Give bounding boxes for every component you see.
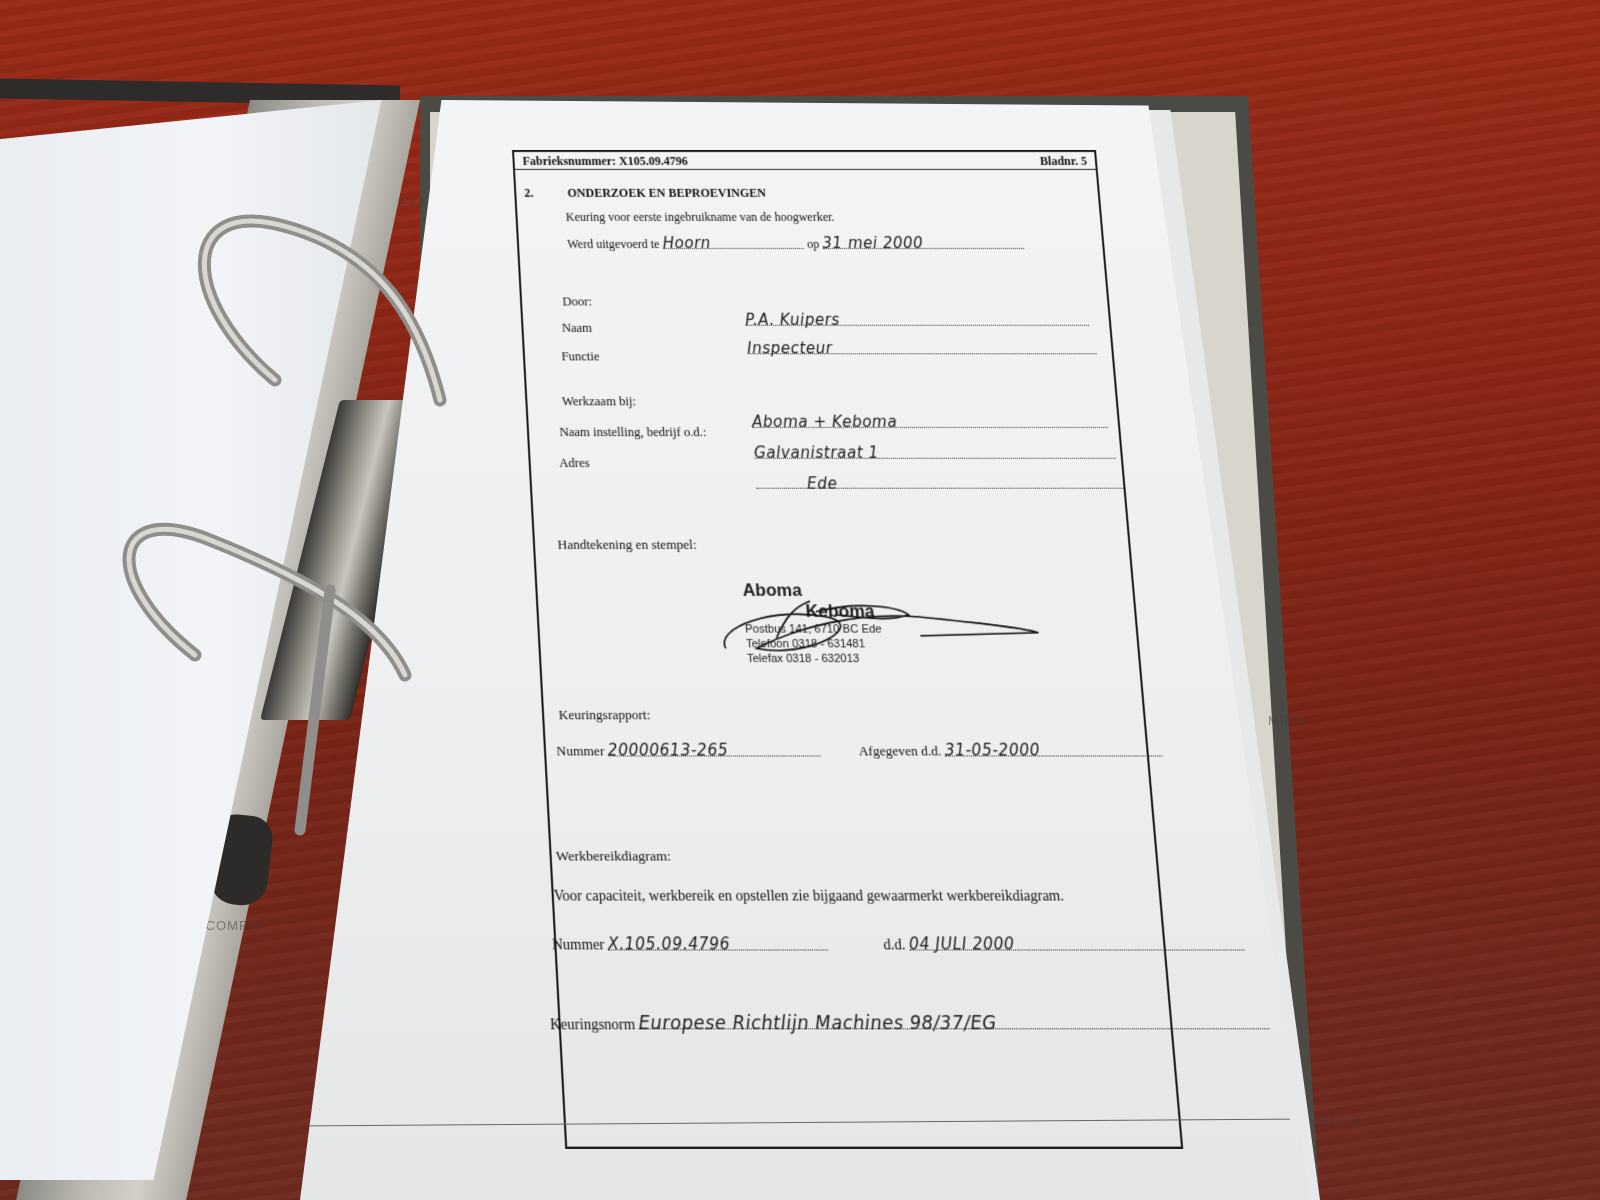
signature-label: Handtekening en stempel: (557, 536, 697, 553)
diagram-label: Werkbereikdiagram: (555, 848, 671, 865)
company-label: Naam instelling, bedrijf o.d.: (559, 425, 707, 440)
inspection-form: Fabrieksnummer: X105.09.4796 Bladnr. 5 2… (512, 150, 1183, 1149)
serial-number: Fabrieksnummer: X105.09.4796 (522, 154, 688, 169)
date-value[interactable]: 31 mei 2000 (822, 234, 1024, 249)
function-field: Inspecteur (747, 339, 1097, 357)
diagram-row: Nummer X.105.09.4796 d.d. 04 JULI 2000 (552, 934, 1245, 955)
diagram-number[interactable]: X.105.09.4796 (607, 934, 828, 950)
norm-row: Keuringsnorm Europese Richtlijn Machines… (550, 1013, 1271, 1035)
by-label: Door: (562, 294, 592, 309)
address-label: Adres (559, 456, 590, 471)
form-header: Fabrieksnummer: X105.09.4796 Bladnr. 5 (514, 152, 1096, 170)
norm-value[interactable]: Europese Richtlijn Machines 98/37/EG (638, 1013, 1270, 1029)
section-title: 2. ONDERZOEK EN BEPROEVINGEN (524, 186, 767, 201)
address-field-2: Ede (755, 474, 1123, 493)
diagram-text: Voor capaciteit, werkbereik en opstellen… (553, 889, 1064, 906)
report-number[interactable]: 20000613-265 (607, 741, 820, 757)
name-field: P.A. Kuipers (745, 311, 1090, 329)
inspection-intro: Keuring voor eerste ingebruikname van de… (565, 210, 835, 225)
address-line-1[interactable]: Galvanistraat 1 (753, 443, 1115, 458)
performed-row: Werd uitgevoerd te Hoorn op 31 mei 2000 (567, 234, 1025, 252)
name-value[interactable]: P.A. Kuipers (745, 311, 1089, 326)
company-value[interactable]: Aboma + Keboma (751, 413, 1108, 428)
report-issued-date[interactable]: 31-05-2000 (944, 741, 1163, 757)
function-label: Functie (561, 349, 600, 364)
employer-label: Werkzaam bij: (562, 394, 637, 409)
name-label: Naam (561, 321, 592, 336)
ring-icon (129, 221, 440, 830)
report-label: Keuringsrapport: (558, 707, 651, 724)
report-row: Nummer 20000613-265 Afgegeven d.d. 31-05… (556, 741, 1163, 760)
company-field: Aboma + Keboma (751, 413, 1108, 431)
address-line-2[interactable]: Ede (755, 474, 1123, 488)
address-field-1: Galvanistraat 1 (753, 443, 1116, 462)
place-value[interactable]: Hoorn (662, 234, 804, 249)
function-value[interactable]: Inspecteur (747, 339, 1097, 354)
signature-icon (712, 585, 1047, 669)
page-number: Bladnr. 5 (1039, 154, 1087, 169)
diagram-date[interactable]: 04 JULI 2000 (908, 934, 1244, 950)
